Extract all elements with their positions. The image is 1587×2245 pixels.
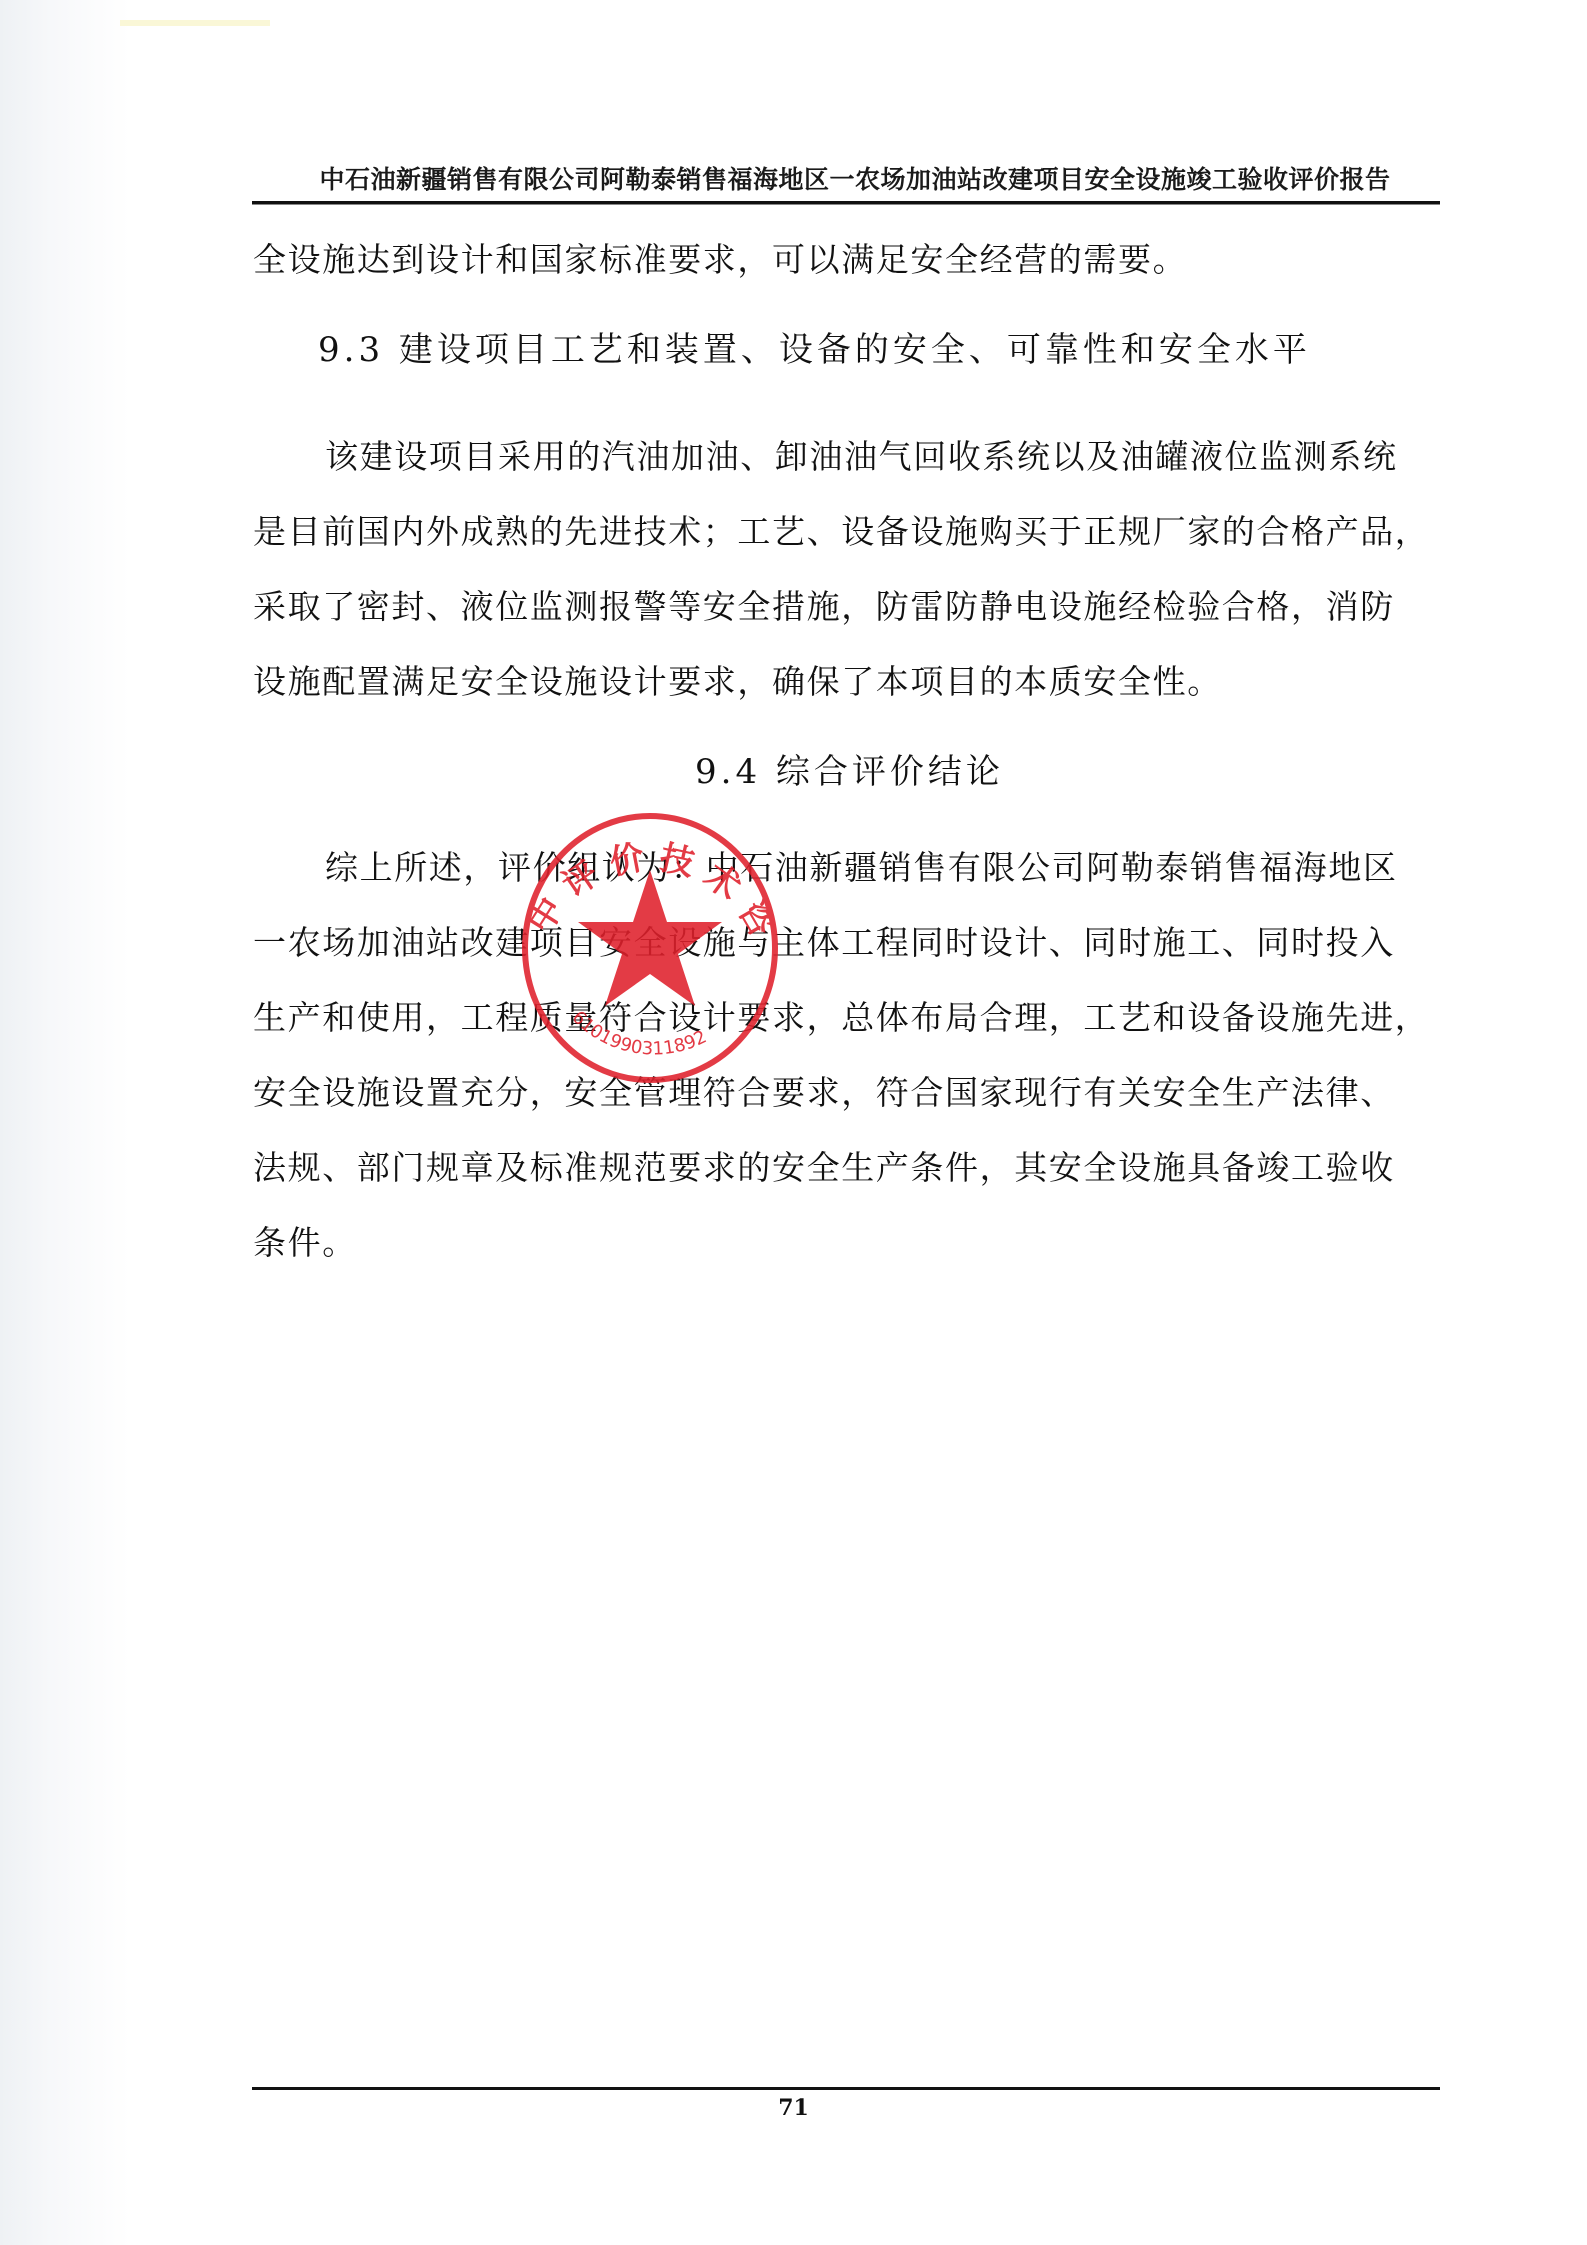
continuation-line: 全设施达到设计和国家标准要求，可以满足安全经营的需要。	[253, 240, 1443, 280]
paragraph-line: 生产和使用，工程质量符合设计要求，总体布局合理，工艺和设备设施先进，	[253, 998, 1443, 1038]
paragraph-line: 采取了密封、液位监测报警等安全措施，防雷防静电设施经检验合格，消防	[253, 587, 1443, 627]
paragraph-line: 法规、部门规章及标准规范要求的安全生产条件，其安全设施具备竣工验收	[253, 1148, 1443, 1188]
footer-rule	[252, 2087, 1440, 2090]
paragraph-line: 一农场加油站改建项目安全设施与主体工程同时设计、同时施工、同时投入	[253, 923, 1443, 963]
paragraph-line: 该建设项目采用的汽油加油、卸油油气回收系统以及油罐液位监测系统	[325, 437, 1443, 477]
paragraph-line: 设施配置满足安全设施设计要求，确保了本项目的本质安全性。	[253, 662, 1443, 702]
running-header: 中石油新疆销售有限公司阿勒泰销售福海地区一农场加油站改建项目安全设施竣工验收评价…	[265, 160, 1445, 196]
header-rule	[252, 201, 1440, 205]
paragraph-line: 综上所述，评价组认为：中石油新疆销售有限公司阿勒泰销售福海地区	[325, 848, 1443, 888]
paragraph-line: 是目前国内外成熟的先进技术；工艺、设备设施购买于正规厂家的合格产品，	[253, 512, 1443, 552]
section-heading-9-3: 9.3 建设项目工艺和装置、设备的安全、可靠性和安全水平	[318, 330, 1311, 370]
section-heading-9-4: 9.4 综合评价结论	[695, 752, 1004, 792]
document-page: 中石油新疆销售有限公司阿勒泰销售福海地区一农场加油站改建项目安全设施竣工验收评价…	[0, 0, 1587, 2245]
page-number: 71	[0, 2095, 1587, 2121]
paragraph-line: 条件。	[253, 1223, 1443, 1263]
paragraph-line: 安全设施设置充分，安全管理符合要求，符合国家现行有关安全生产法律、	[253, 1073, 1443, 1113]
